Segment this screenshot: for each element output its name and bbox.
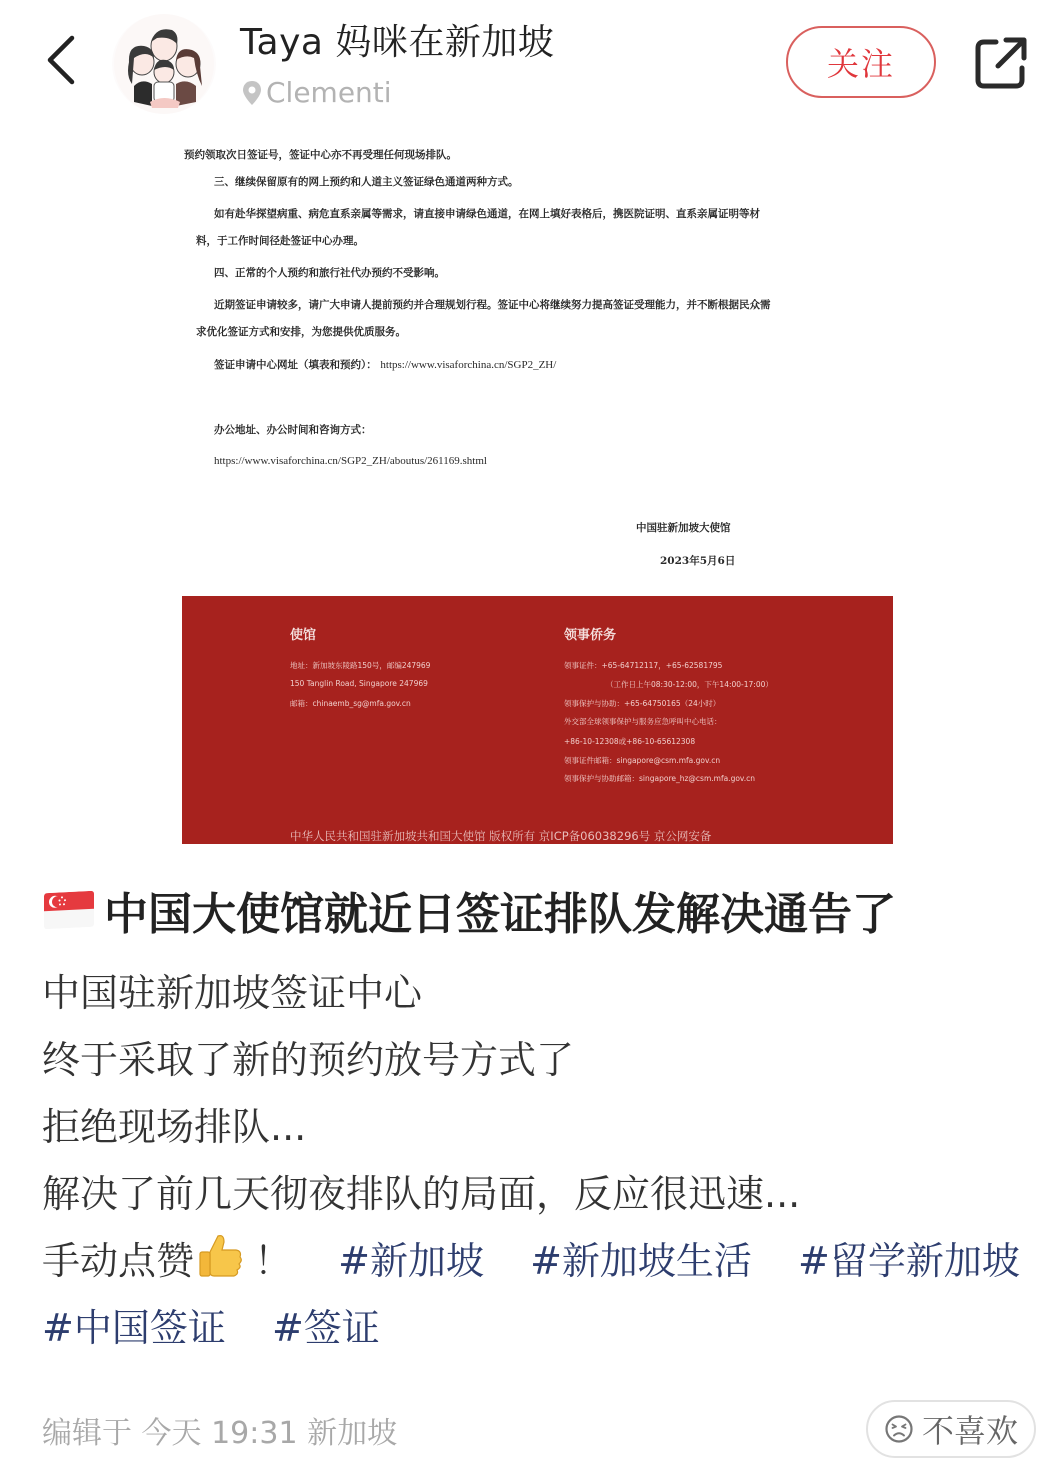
doc-signature: 中国驻新加坡大使馆 xyxy=(636,520,731,535)
consular-line: +86-10-12308或+86-10-65612308 xyxy=(564,736,695,747)
embassy-heading: 使馆 xyxy=(290,624,316,643)
doc-line: 四、正常的个人预约和旅行社代办预约不受影响。 xyxy=(214,265,445,280)
about-us-url: https://www.visaforchina.cn/SGP2_ZH/abou… xyxy=(214,455,487,467)
consular-heading: 领事侨务 xyxy=(564,624,616,643)
doc-line: 近期签证申请较多，请广大申请人提前预约并合理规划行程。签证中心将继续努力提高签证… xyxy=(214,297,771,312)
doc-date: 2023年5月6日 xyxy=(660,553,735,568)
back-button[interactable] xyxy=(40,30,90,90)
embassy-line: 150 Tanglin Road, Singapore 247969 xyxy=(290,679,428,688)
doc-line: 三、继续保留原有的网上预约和人道主义签证绿色通道两种方式。 xyxy=(214,174,519,189)
exclaim: ！ xyxy=(254,1239,292,1283)
hashtag-link[interactable]: #签证 xyxy=(272,1306,380,1350)
doc-line: 如有赴华探望病重、病危直系亲属等需求，请直接申请绿色通道，在网上填好表格后，携医… xyxy=(214,206,760,221)
body-line: 手动点赞 ！ #新加坡 #新加坡生活 #留学新加坡 xyxy=(42,1228,1020,1295)
hashtag-link[interactable]: #留学新加坡 xyxy=(798,1239,1020,1283)
dislike-button[interactable]: 不喜欢 xyxy=(866,1400,1036,1458)
body-line: 中国驻新加坡签证中心 xyxy=(42,960,1020,1027)
singapore-flag-icon xyxy=(44,891,94,930)
doc-line: 签证申请中心网址（填表和预约）： https://www.visaforchin… xyxy=(214,357,556,372)
consular-line: 领事保护与协助邮箱：singapore_hz@csm.mfa.gov.cn xyxy=(564,773,755,784)
dislike-label: 不喜欢 xyxy=(922,1406,1018,1452)
follow-button[interactable]: 关注 xyxy=(786,26,936,98)
sad-face-icon xyxy=(884,1414,914,1444)
body-line: #中国签证 #签证 xyxy=(42,1295,1020,1362)
post-title-text: 中国大使馆就近日签证排队发解决通告了 xyxy=(104,878,896,942)
hashtag-link[interactable]: #新加坡生活 xyxy=(530,1239,752,1283)
consular-line: （工作日上午08:30-12:00，下午14:00-17:00） xyxy=(606,679,773,690)
body-text: 手动点赞 xyxy=(42,1239,194,1283)
embassy-line: 地址：新加坡东陵路150号，邮编247969 xyxy=(290,660,430,671)
edit-meta: 编辑于 今天 19:31 新加坡 xyxy=(42,1408,397,1452)
location-label: Clementi xyxy=(266,76,392,109)
body-line: 终于采取了新的预约放号方式了 xyxy=(42,1027,1020,1094)
location-tag[interactable]: Clementi xyxy=(240,76,392,109)
post-body: 中国驻新加坡签证中心 终于采取了新的预约放号方式了 拒绝现场排队... 解决了前… xyxy=(42,960,1020,1362)
body-line: 拒绝现场排队... xyxy=(42,1094,1020,1161)
doc-label: 签证申请中心网址（填表和预约）： xyxy=(214,359,377,371)
visa-website-url: https://www.visaforchina.cn/SGP2_ZH/ xyxy=(380,359,556,371)
doc-line: 办公地址、办公时间和咨询方式： xyxy=(214,422,372,437)
share-external-icon xyxy=(972,34,1030,92)
consular-line: 领事保护与协助：+65-64750165（24小时） xyxy=(564,698,720,709)
author-avatar[interactable] xyxy=(112,14,216,114)
share-button[interactable] xyxy=(972,34,1030,92)
embassy-contact-banner: 使馆 地址：新加坡东陵路150号，邮编247969 150 Tanglin Ro… xyxy=(182,596,893,844)
hashtag-link[interactable]: #新加坡 xyxy=(338,1239,484,1283)
consular-line: 领事证件：+65-64712117，+65-62581795 xyxy=(564,660,722,671)
post-header: Taya 妈咪在新加坡 Clementi 关注 xyxy=(0,0,1061,130)
author-name[interactable]: Taya 妈咪在新加坡 xyxy=(240,14,554,65)
post-title: 中国大使馆就近日签证排队发解决通告了 xyxy=(44,878,896,942)
doc-line: 求优化签证方式和安排，为您提供优质服务。 xyxy=(196,324,406,339)
consular-line: 外交部全球领事保护与服务应急呼叫中心电话： xyxy=(564,716,722,727)
location-pin-icon xyxy=(240,79,264,107)
family-cartoon-avatar-icon xyxy=(112,14,216,114)
chevron-left-icon xyxy=(40,30,90,90)
body-line: 解决了前几天彻夜排队的局面，反应很迅速... xyxy=(42,1161,1020,1228)
embassy-line: 邮箱：chinaemb_sg@mfa.gov.cn xyxy=(290,698,411,709)
hashtag-link[interactable]: #中国签证 xyxy=(42,1306,226,1350)
consular-line: 领事证件邮箱：singapore@csm.mfa.gov.cn xyxy=(564,755,720,766)
banner-footer: 中华人民共和国驻新加坡共和国大使馆 版权所有 京ICP备06038296号 京公… xyxy=(290,828,711,844)
thumbs-up-icon xyxy=(194,1230,246,1282)
doc-line: 料，于工作时间径赴签证中心办理。 xyxy=(196,233,364,248)
doc-line: 预约领取次日签证号，签证中心亦不再受理任何现场排队。 xyxy=(184,147,457,162)
